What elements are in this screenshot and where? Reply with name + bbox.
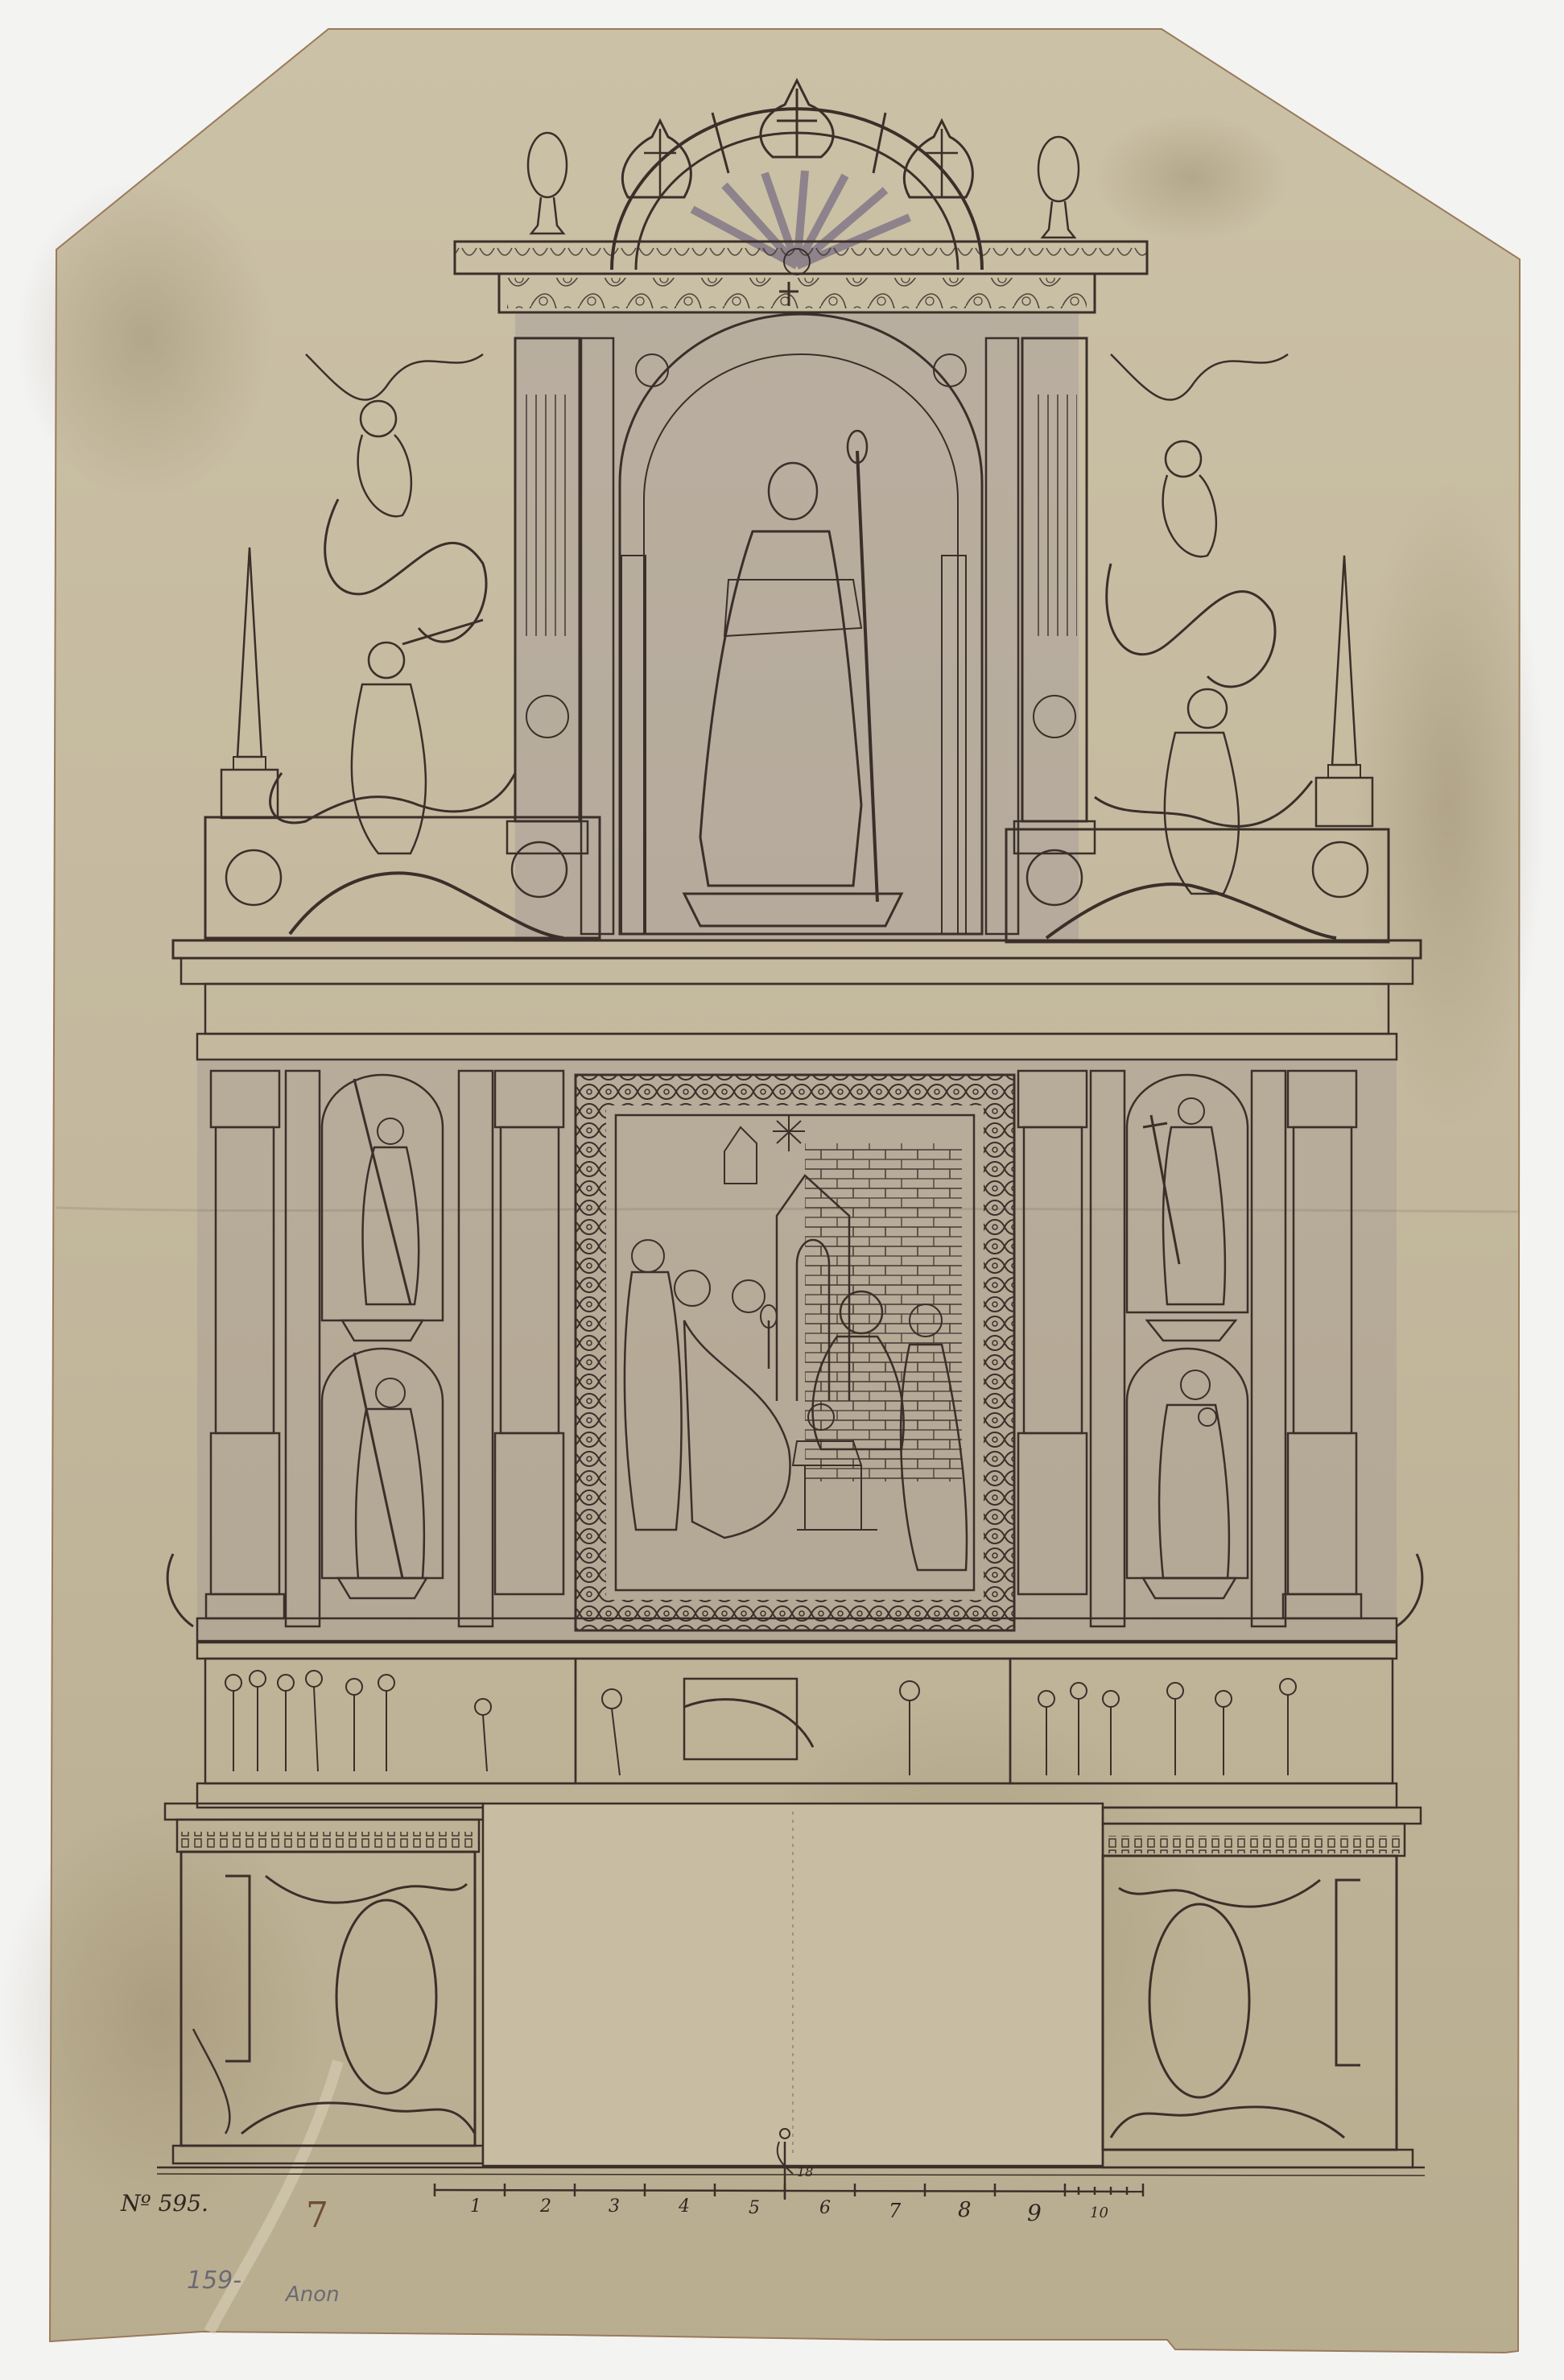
- scale-label-3: 3: [609, 2196, 620, 2217]
- altarpiece-drawing: [0, 0, 1564, 2380]
- scale-marker-label: 18: [797, 2164, 813, 2180]
- artwork-scan: 1 2 3 4 5 6 7 8 9 10 18 Nº 595. 7 159- A…: [0, 0, 1564, 2380]
- scale-label-2: 2: [540, 2196, 551, 2217]
- scale-label-9: 9: [1027, 2200, 1042, 2226]
- ink-mark: 7: [306, 2195, 328, 2236]
- scale-label-4: 4: [679, 2196, 690, 2217]
- pencil-note-number: 159-: [187, 2266, 241, 2295]
- scale-label-6: 6: [819, 2198, 831, 2218]
- scale-label-7: 7: [889, 2200, 901, 2222]
- inventory-number: Nº 595.: [121, 2190, 208, 2217]
- pencil-note-word: Anon: [286, 2283, 340, 2307]
- scale-label-10: 10: [1090, 2204, 1108, 2221]
- scale-label-8: 8: [958, 2198, 972, 2222]
- scale-label-5: 5: [749, 2198, 760, 2218]
- main-body: [167, 1060, 1422, 1641]
- scale-label-1: 1: [470, 2196, 481, 2217]
